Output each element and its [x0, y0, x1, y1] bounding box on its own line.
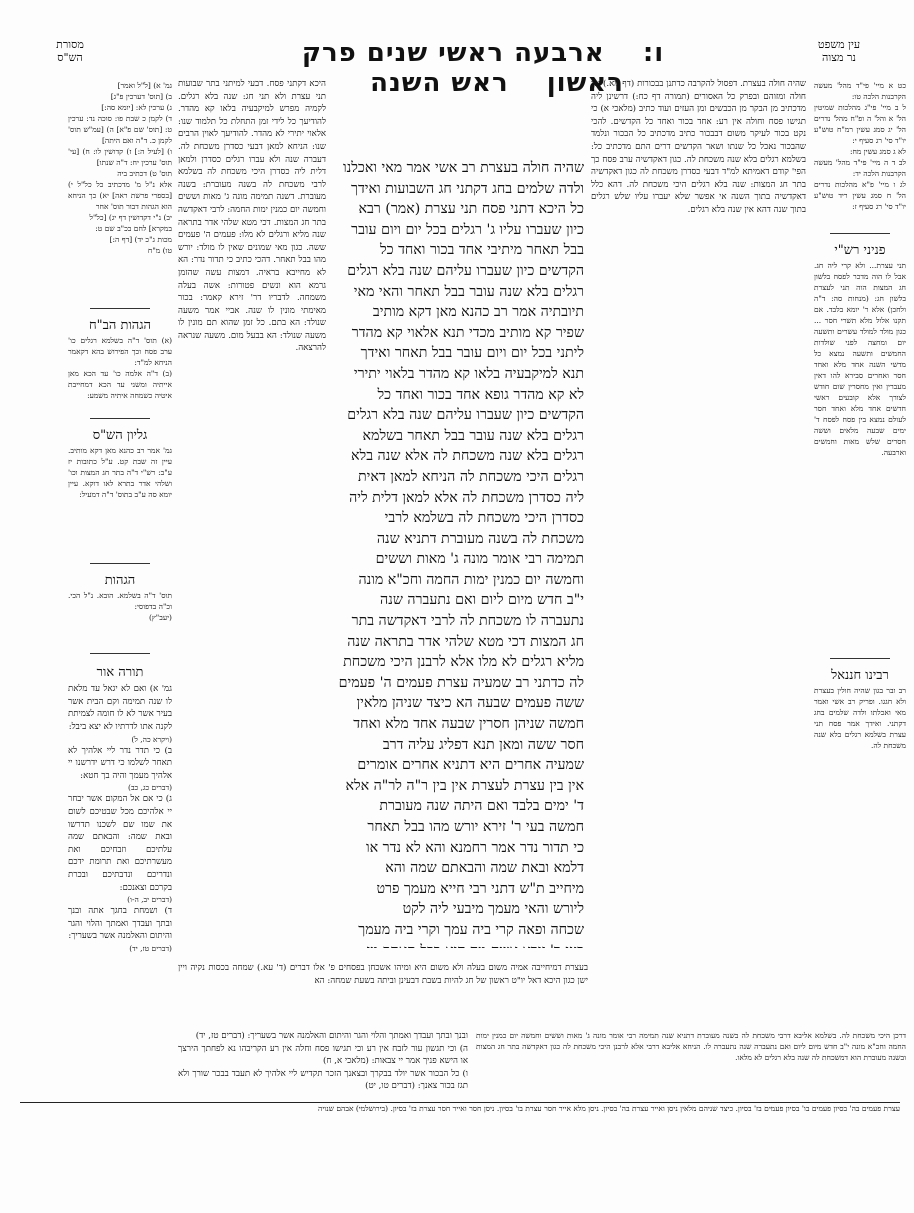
torah-or-title: תורה אור [68, 667, 172, 680]
torah-or-section: תורה אור גמ' א) ואם לא יגאל עד מלאת לו ש… [68, 640, 172, 1030]
torah-or-source: (דברים יב, ה-ו) [68, 894, 172, 905]
gemara-line: מליא רגלים לא מלו אלא לרבנן היכי משכחת [324, 652, 584, 673]
gemara-line: נתעברה לו משכחת לה לרבי דאקדשה בתר [324, 611, 584, 632]
gemara-line: רגלים בלא שנה משכחת לה אלא שנה בלא [324, 446, 584, 467]
hagahot-habach-entry: (ב) ד"ה אלמה כו' עד הכא מאן אייתיה ומשני… [68, 368, 172, 401]
gemara-line: שפיר קא מותיב מכדי תנא אלאוי קא מהדר [324, 323, 584, 344]
tosafot-text: היכא דקתני פסח. דבעי למיתני בתר שבועות ת… [178, 78, 326, 355]
gemara-line: י"ב חדש מיום ליום ואם נתעברה שנה [324, 590, 584, 611]
torah-or-verse: ד) ושמחת בחגך אתה ובנך ובתך ועבדך ואמתך … [68, 905, 172, 943]
ein-mishpat-label: עין משפט [804, 38, 874, 51]
rashi-text: שהיה חולה בעצרת. דפסול להקרבה כדתנן בבכו… [591, 78, 806, 217]
mesoret-entry: טו) מ"ח [68, 245, 172, 256]
ner-mitzvah-label: נר מצוה [804, 51, 874, 64]
gemara-line: חמשה שניהן חסרין שבעה אחד מלא ואחד [324, 714, 584, 735]
ein-mishpat-entry: לא ג סמג עשין מח: [814, 146, 906, 157]
tractate-name: ראש השנה [370, 68, 509, 98]
gemara-text: שהיה חולה בעצרת רב אשי אמר מאי ואכלנו ול… [324, 158, 584, 948]
ornament-divider [68, 303, 172, 314]
gemara-line: כי תדור נדר אמר רחמנא והא לא נדר או [324, 838, 584, 859]
mesoret-entry: ו) [לעיל ה:] ז) קדושין לו: ח) [עי' תוס' … [68, 146, 172, 168]
torah-or-source: (ויקרא כה, ל) [68, 734, 172, 745]
gemara-line: אין בין עצרת לעצרת אין בין ר"ה לר"ה אלא [324, 776, 584, 797]
hagahot-title: הגהות [68, 575, 172, 586]
gemara-line: שמעיה אחרים היא דתניא אחרים אומרים [324, 755, 584, 776]
torah-or-verse: ג) כי אם אל המקום אשר יבחר יי אלהיכם מכל… [68, 793, 172, 894]
ein-mishpat-heading: עין משפט נר מצוה [804, 38, 874, 64]
gemara-line: וחמשה יום כמנין ימות החמה וחכ"א מונה [324, 570, 584, 591]
ornament-divider [68, 648, 172, 661]
gemara-line: ליורש והאי מעמך מיבעי ליה לקט [324, 899, 584, 920]
gemara-line: בעי ר' זירא אשה מה היא בבל תאחר מי [324, 941, 584, 948]
hagahot-note: (יעב"ץ) [68, 612, 172, 623]
talmud-page: עין משפט נר מצוה ו: ארבעה ראשי שנים פרק … [0, 0, 914, 1213]
gemara-line: ששה פעמים שבעה הא כיצד שניהן מלאין [324, 693, 584, 714]
gemara-line: רגלים היכי משכחת לה הניחא למאן דאית [324, 467, 584, 488]
torah-or-footer: ובנך ובתך ועבדך ואמתך והלוי והגר והיתום … [178, 1030, 468, 1100]
ein-mishpat-entry: ל ב מיי' פי"ג מהלכות שמיטין הל' א והל' ה… [814, 102, 906, 146]
hashas-label: הש"ס [40, 51, 100, 64]
gemara-line: תמימה רבי אומר מונה ג' מאות וששים [324, 549, 584, 570]
mesoret-label: מסורת [40, 38, 100, 51]
hagahot-text: תוס' ד"ה בשלמא. הובא. נ"ל הכי. וכ"ה בדפו… [68, 590, 172, 612]
torah-or-footer-verse: ובנך ובתך ועבדך ואמתך והלוי והגר והיתום … [178, 1030, 468, 1043]
gemara-line: רגלים בלא שנה עובר בבל תאחר והאי מאי [324, 282, 584, 303]
rabbeinu-chananel-section: רבינו חננאל רב ובר בגון שהיה חולין בעצרת… [814, 645, 906, 1020]
gemara-line: כל היכא דתני פסח תני עצרת (אמר) רבא [324, 199, 584, 220]
gemara-line: ליתני בכל יום ויום עובר בבל תאחר ואידך [324, 343, 584, 364]
gemara-line: כיון שעברו עליו ג' רגלים בכל יום ויום עו… [324, 220, 584, 241]
gemara-line: רגלים בלא שנה עובר בבל תאחר בשלמא [324, 426, 584, 447]
gemara-line: ליה כסדרן משכחת לה אלא למאן דלית ליה [324, 488, 584, 509]
gemara-line: הקדשים כיון שעברו עליהם שנה בלא רגלים [324, 405, 584, 426]
bottom-footnote-text: עצרת פעמים בה' בסיון פעמים בו' בסיון פעמ… [20, 1103, 900, 1114]
torah-or-verse: ב) כי תדר נדר ליי אלהיך לא תאחר לשלמו כי… [68, 745, 172, 783]
rabbeinu-chananel-title: רבינו חננאל [814, 670, 906, 681]
ornament-divider [814, 228, 906, 239]
gemara-line: כסדרן היכי משכחת לה בשלמא לרבי [324, 508, 584, 529]
gemara-line: ד' ימים בלבד ואם היתה שנה מעוברת [324, 796, 584, 817]
gemara-line: הקדשים כיון שעברו עליהם שנה בלא רגלים [324, 261, 584, 282]
mesoret-entry: ג) ערכין לא: [יומא סה:] [68, 102, 172, 113]
mesoret-entry: ד) לקמן כ שבת פו: סוכה נד: ערכין ט: [תוס… [68, 113, 172, 146]
tosafot-commentary: היכא דקתני פסח. דבעי למיתני בתר שבועות ת… [178, 78, 326, 1008]
ornament-divider [814, 653, 906, 664]
gemara-line: חג המצות דכי מטא שלהי אדר בתראה שנה [324, 632, 584, 653]
mesoret-entry: גמ' א) [ל"ל ואמר] [68, 80, 172, 91]
mesoret-entry: במקרא] לחם בכ"ב שם ט: [68, 223, 172, 234]
pninei-rashi-title: פניני רש"י [814, 245, 906, 256]
gemara-line: חמשה בעי ר' זירא יורש מהו בבל תאחר [324, 817, 584, 838]
gemara-line: לה כדתני רב שמעיה עצרת פעמים ה' פעמים [324, 673, 584, 694]
ornament-divider [68, 558, 172, 569]
ein-mishpat-entry: כט א מיי' פי"ד מהל' מעשה הקרבנות הלכה טו… [814, 80, 906, 102]
torah-or-verse: גמ' א) ואם לא יגאל עד מלאת לו שנה תמימה … [68, 683, 172, 733]
torah-or-footer-verse: ה) וכי תגשון עור לזבח אין רע וכי תגישו פ… [178, 1043, 468, 1068]
gemara-line: חסר ששה ומאן תנא דפליג עליה דרב [324, 735, 584, 756]
folio-number: ו: [643, 38, 664, 68]
rashi-commentary: שהיה חולה בעצרת. דפסול להקרבה כדתנן בבכו… [591, 78, 806, 1008]
rabbeinu-chananel-text: רב ובר בגון שהיה חולין בעצרת ולא חגגו. ו… [814, 685, 906, 751]
tosafot-continuation: בעצרת דמיחייבה אמיה משום בעלה ולא משום ה… [178, 962, 588, 1022]
gemara-line: משכחת לה בשנה מעוברת דתניא שנה [324, 529, 584, 550]
hagahot-habach-entry: (א) תוס' ד"ה בשלמא רגלים כו' ערב פסח וכך… [68, 335, 172, 368]
mesoret-heading: מסורת הש"ס [40, 38, 100, 64]
mesoret-hashas-column: גמ' א) [ל"ל ואמר] ב) [תוס' דערכין פ"ג] ג… [68, 80, 172, 290]
gilyon-hashas-text: גמ' אמר רב כהנא מאן דקא מותיב. עיין זה ש… [68, 445, 172, 500]
pninei-rashi-text: תני עצרת... ולא קרי ליה חג. אבל לו הוה מ… [814, 260, 906, 458]
page-header: עין משפט נר מצוה ו: ארבעה ראשי שנים פרק … [0, 38, 914, 78]
mesoret-entry: ב) [תוס' דערכין פ"ג] [68, 91, 172, 102]
gilyon-hashas-section: גליון הש"ס גמ' אמר רב כהנא מאן דקא מותיב… [68, 405, 172, 555]
ein-mishpat-entry: לג ו מיי' פ"א מהלכות נדרים הל' ח סמג עשי… [814, 179, 906, 212]
tosafot-end-text: בעצרת דמיחייבה אמיה משום בעלה ולא משום ה… [178, 962, 588, 987]
hagahot-habach-title: הגהות הב"ח [68, 320, 172, 331]
ornament-divider [68, 413, 172, 424]
gemara-line: תנא למיקבעיה בלאו קא מהדר בלאוי יתירי [324, 364, 584, 385]
gemara-line: לא קא מהדר גופא אחד בכור ואחד כל [324, 385, 584, 406]
ein-mishpat-entry: לב ד ה מיי' פי"ד מהל' מעשה הקרבנות הלכה … [814, 157, 906, 179]
mesoret-entry: תוס' ט) דכתיב ביה [68, 168, 172, 179]
torah-or-source: (דברים טז, יד) [68, 943, 172, 954]
gemara-line: דלמא ובאת שמה והבאתם שמה והא [324, 858, 584, 879]
bottom-footnotes: עצרת פעמים בה' בסיון פעמים בו' בסיון פעמ… [20, 1102, 900, 1203]
torah-or-footer-verse: ו) כל הבכור אשר יולד בבקרך ובצאנך הזכר ת… [178, 1068, 468, 1093]
gemara-line: שכחה ופאה קרי ביה עמך וקרי ביה מעמך [324, 920, 584, 941]
gemara-line: שהיה חולה בעצרת רב אשי אמר מאי ואכלנו [324, 158, 584, 179]
torah-or-source: (דברים כג, כב) [68, 782, 172, 793]
gemara-line: מיחייב ת"ש דתני רבי חייא מעמך פרט [324, 879, 584, 900]
gemara-line: בבל תאחר מיתיבי אחד בכור ואחד כל [324, 240, 584, 261]
pninei-rashi-section: פניני רש"י תני עצרת... ולא קרי ליה חג. א… [814, 220, 906, 640]
rabbeinu-chananel-end-text: דרכן היכי משכחת לה. בשלמא אליבא דרבי משכ… [476, 1030, 906, 1063]
mesoret-entry: מכות ג"כ יד) [דף ה:] [68, 234, 172, 245]
gilyon-hashas-title: גליון הש"ס [68, 430, 172, 441]
rabbeinu-chananel-footer: דרכן היכי משכחת לה. בשלמא אליבא דרבי משכ… [476, 1030, 906, 1100]
hagahot-section: הגהות תוס' ד"ה בשלמא. הובא. נ"ל הכי. וכ"… [68, 550, 172, 630]
gemara-line: תיובתיה אמר רב כהנא מאן דקא מותיב [324, 302, 584, 323]
mesoret-entry: יב) נ"י דקדושין דף יג) [כל"ל [68, 212, 172, 223]
mesoret-entry: אלא נ"ל מ' מדכתיב כל כל"ל י) [בספרי פרשת… [68, 179, 172, 212]
hagahot-habach-section: הגהות הב"ח (א) תוס' ד"ה בשלמא רגלים כו' … [68, 295, 172, 405]
gemara-line: ולדה שלמים בחג דקתני חג השבועות ואידך [324, 179, 584, 200]
